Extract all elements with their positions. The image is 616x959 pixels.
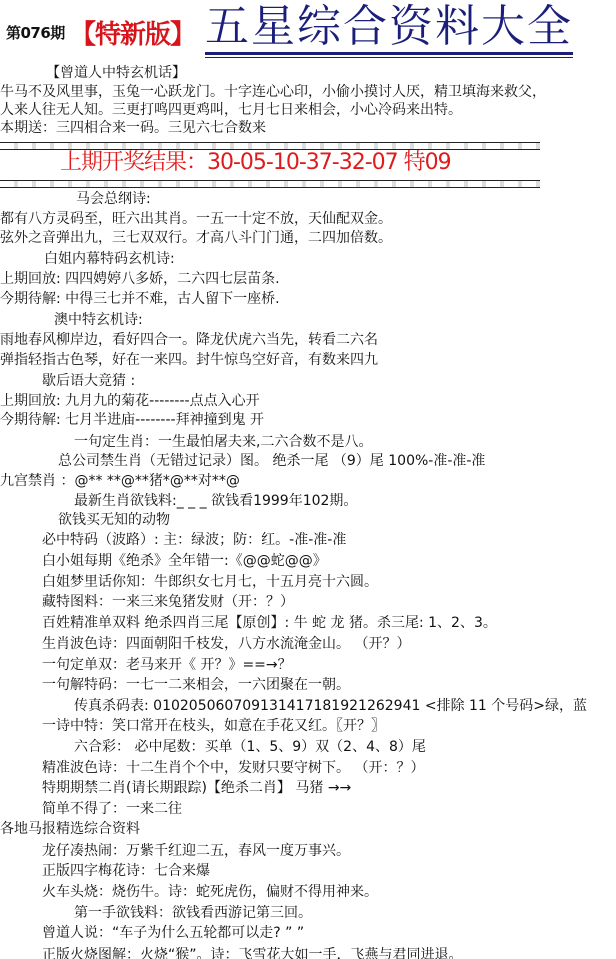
verse-line: 人来人往无人知。三更打鸣四更鸡叫，七月七日来相会，小心冷码来出特。 [0, 101, 462, 119]
content-line: 百姓精准单双料 绝杀四肖三尾【原创】: 牛 蛇 龙 猪。杀三尾: 1、2、3。 [42, 614, 497, 632]
page-title: 五星综合资料大全 [205, 2, 573, 52]
content-line: 澳中特玄机诗: [54, 311, 143, 329]
content-line: 一句定生肖：一生最怕屠夫来,二六合数不是八。 [74, 433, 372, 451]
content-line: 白姐梦里话你知：牛郎织女七月七，十五月亮十六圆。 [42, 573, 378, 591]
content-line: 特期期禁二肖(请长期跟踪)【绝杀二肖】 马猪 →→ [42, 779, 351, 797]
content-line: 上期回放: 九月九的菊花--------点点入心开 [0, 392, 260, 410]
content-line: 一诗中特：笑口常开在枝头，如意在手花又红。〖开？〗 [42, 717, 385, 735]
content-line: 上期回放: 四四娉婷八多娇，二六四七层苗条. [0, 270, 280, 288]
content-line: 欲钱买无知的动物 [58, 511, 170, 529]
content-line: 正版火烧图解：火烧“猴”。诗：飞雪花大如一手，飞燕与君同进退。 [42, 946, 463, 959]
content-line: 白姐内幕特码玄机诗: [44, 250, 175, 268]
edition-badge: 【特新版】 [70, 14, 195, 51]
content-line: 简单不得了：一来二往 [42, 800, 182, 818]
last-draw-result: 上期开奖结果：30-05-10-37-32-07 特09 [60, 150, 451, 176]
content-line: 今期待解: 中得三七并不难，古人留下一座桥. [0, 290, 280, 308]
content-line: 火车头烧：烧伤牛。诗：蛇死虎伤，偏财不得用神来。 [42, 883, 378, 901]
content-line: 马会总纲诗: [76, 190, 151, 208]
content-line: 各地马报精选综合资料 [0, 820, 140, 838]
verse-line: 本期送：三四相合来一码。三见六七合数来 [0, 119, 266, 137]
content-line: 白小姐每期《绝杀》全年错一:《@@蛇@@》 [42, 552, 327, 570]
content-line: 生肖波色诗：四面朝阳千枝发，八方水流淹金山。 （开？） [42, 635, 410, 653]
content-line: 第一手欲钱料：欲钱看西游记第三回。 [74, 904, 312, 922]
issue-number: 第076期 [6, 22, 65, 43]
title-underline-thin [205, 57, 573, 58]
separator-bottom [0, 180, 540, 188]
content-line: 雨地春风柳岸边，看好四合一。降龙伏虎六当先，转看二六名 [0, 331, 378, 349]
content-line: 藏特图料：一来三来兔猪发财（开：？） [42, 593, 294, 611]
verse-line: 牛马不及风里事，玉兔一心跃龙门。十字连心心印，小偷小摸讨人厌，精卫填海来救父， [0, 83, 546, 101]
content-line: 精准波色诗：十二生肖个个中，发财只要守树下。 （开：？） [42, 759, 424, 777]
content-line: 弦外之音弹出九，三七双双行。才高八斗门门通，二四加倍数。 [0, 229, 392, 247]
content-line: 歇后语大竞猜 : [42, 372, 135, 390]
content-line: 六合彩： 必中尾数：买单（1、5、9）双（2、4、8）尾 [74, 738, 426, 756]
content-line: 最新生肖欲钱料:_ _ _ 欲钱看1999年102期。 [74, 492, 357, 510]
content-line: 曾道人说：“车子为什么五轮都可以走? ” ” [42, 924, 304, 942]
content-line: 九宫禁肖 ：@** **@**猪*@**对**@ [0, 472, 240, 490]
content-line: 总公司禁生肖（无错过记录）图。 绝杀一尾 （9）尾 100%-准-准-准 [58, 452, 485, 470]
content-line: 弹指轻指古色琴，好在一来四。封牛惊鸟空好音，有数来四九 [0, 351, 378, 369]
content-line: 必中特码（波路）: 主：绿波；防：红。-准-准-准 [42, 531, 346, 549]
separator-top [0, 142, 540, 150]
content-line: 都有八方灵码至，旺六出其肖。一五一十定不放，天仙配双金。 [0, 210, 392, 228]
content-line: 一句解特码：一七一二来相会，一六团聚在一朝。 [42, 676, 350, 694]
content-line: 传真杀码表: 0102050607091314171819212629​41 <… [74, 697, 587, 715]
section-heading: 【曾道人中特玄机话】 [46, 64, 186, 82]
content-line: 正版四字梅花诗：七合来爆 [42, 862, 210, 880]
content-line: 龙仔凑热闹：万紫千红迎二五，春风一度万事兴。 [42, 842, 350, 860]
content-line: 一句定单双：老马来开《 开？》==→？ [42, 656, 292, 674]
content-line: 今期待解: 七月半进庙--------拜神撞到鬼 开 [0, 411, 264, 429]
title-underline [205, 52, 573, 55]
